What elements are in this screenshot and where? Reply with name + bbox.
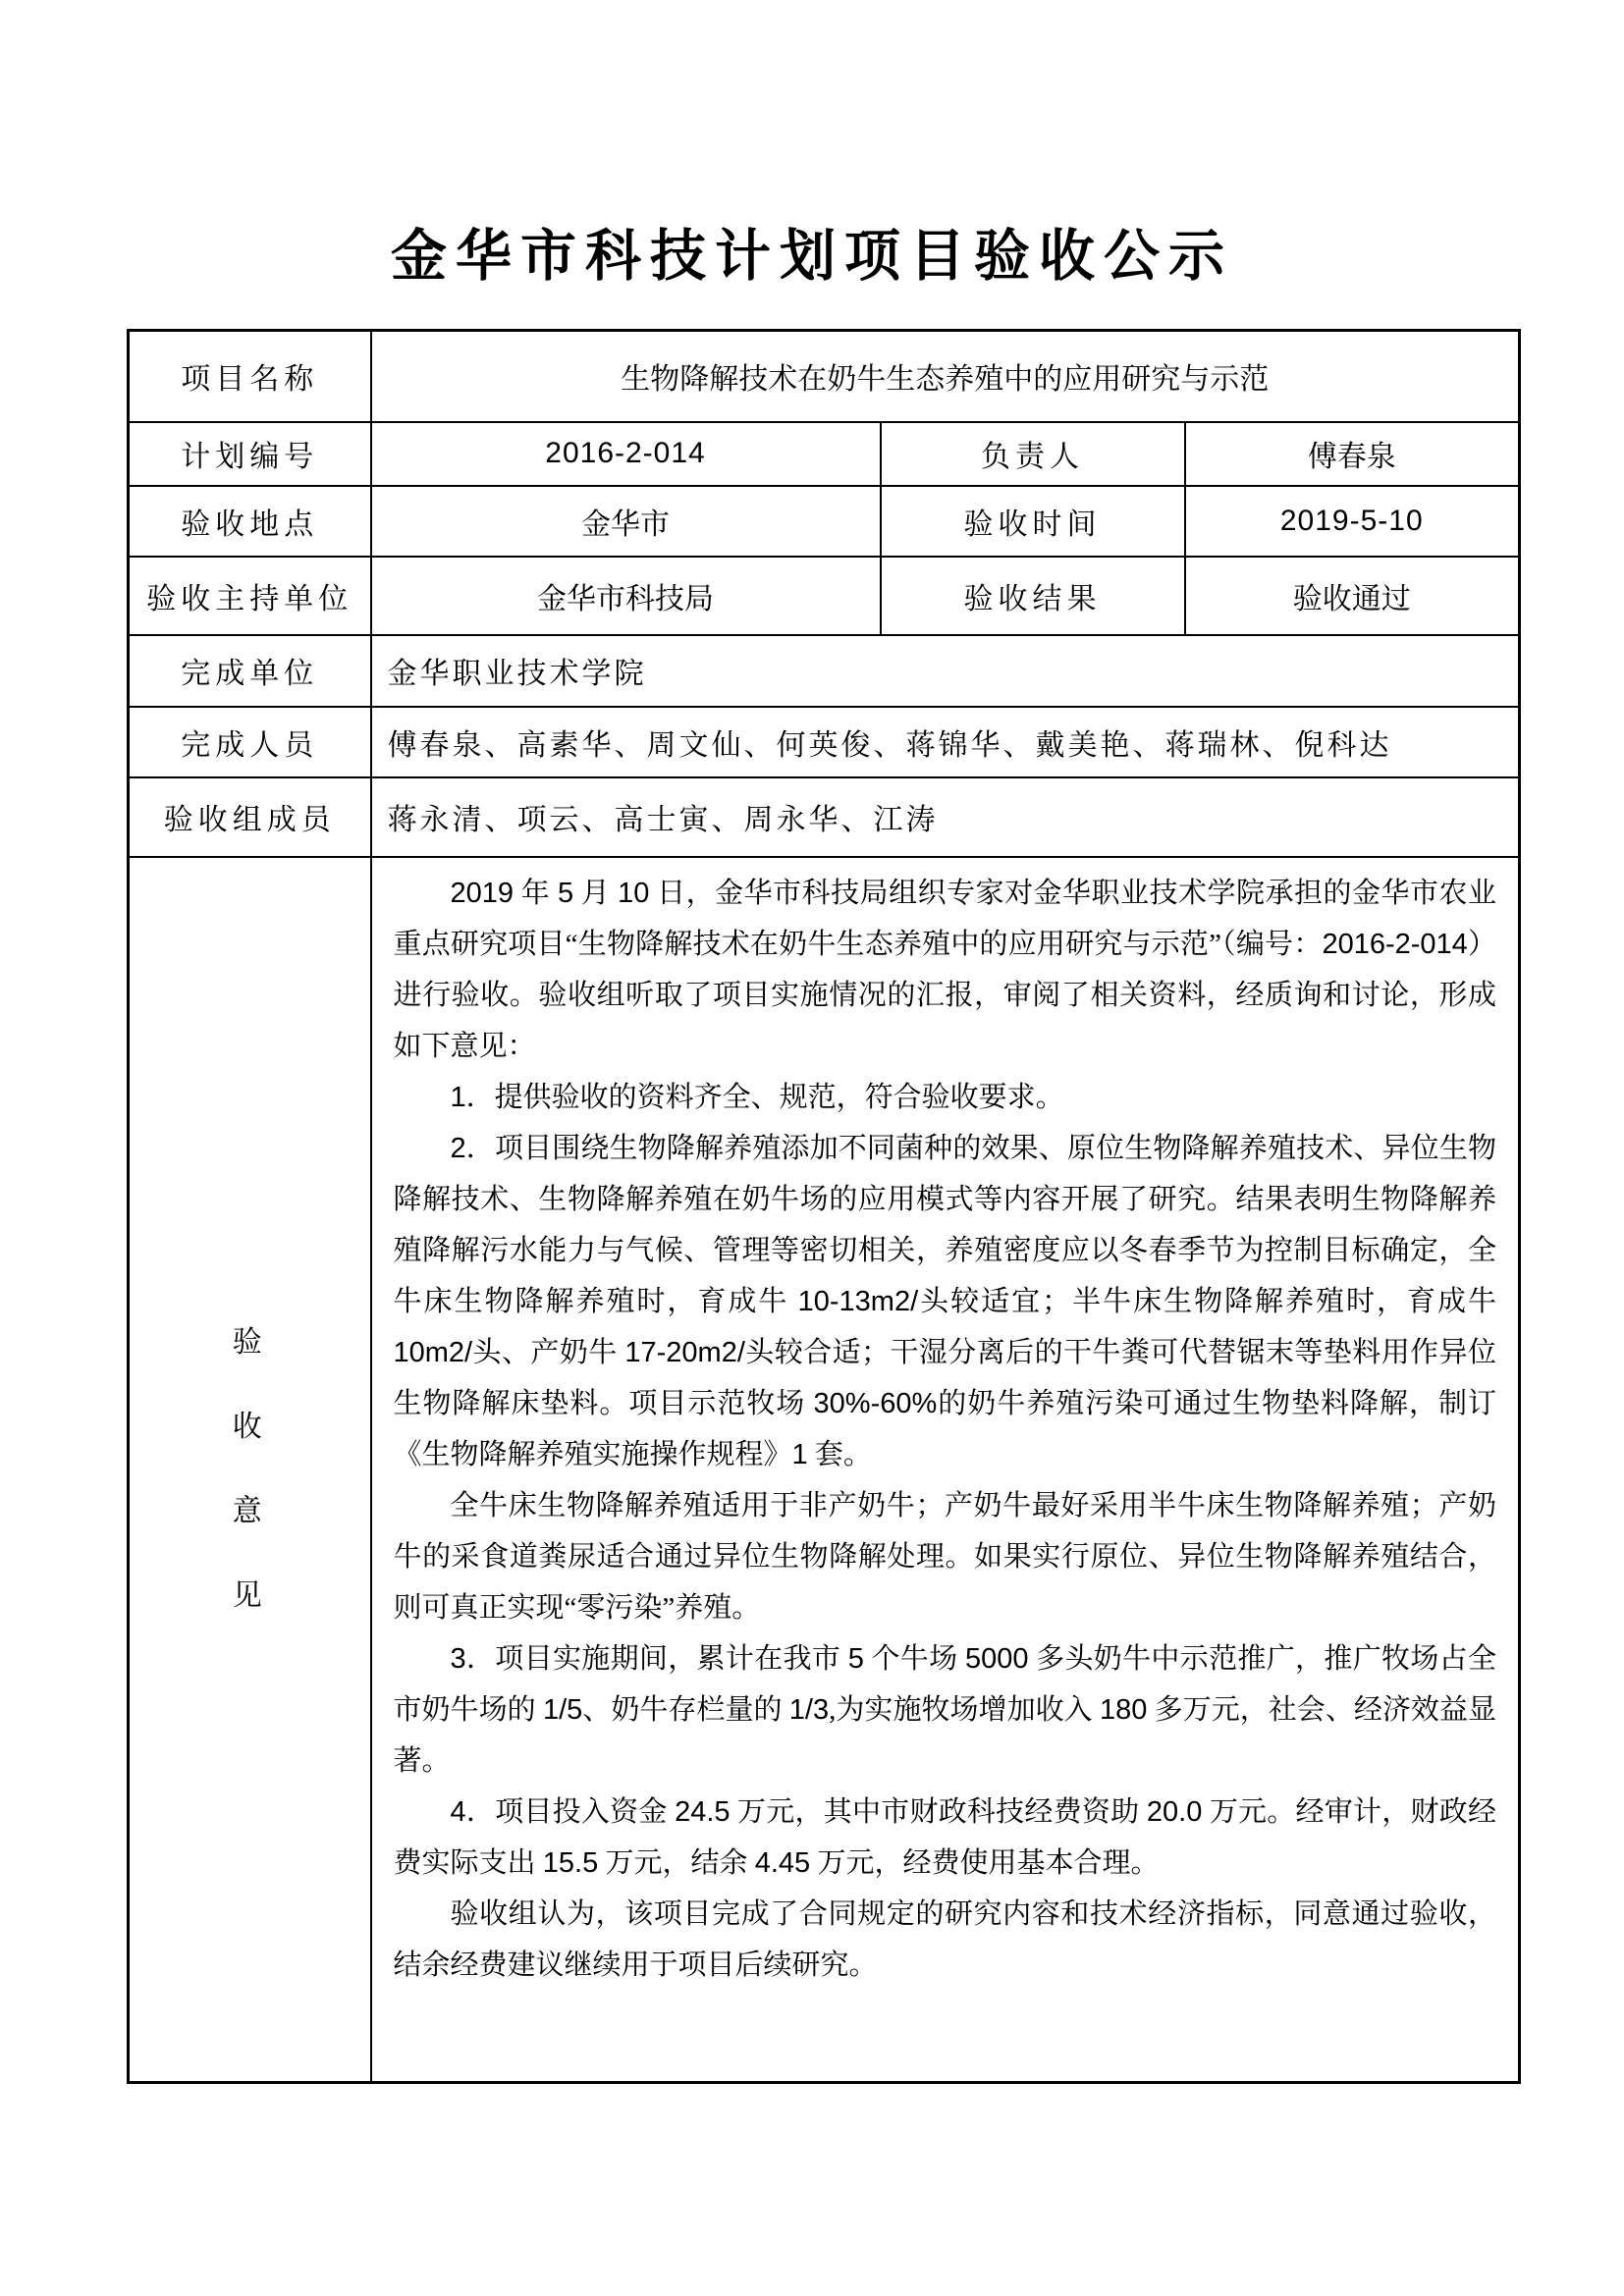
- opinion-paragraph: 2．项目围绕生物降解养殖添加不同菌种的效果、原位生物降解养殖技术、异位生物降解技…: [394, 1123, 1497, 1480]
- acceptance-time-value: 2019-5-10: [1185, 486, 1520, 557]
- acceptance-opinion-cell: 2019 年 5 月 10 日，金华市科技局组织专家对金华职业技术学院承担的金华…: [371, 857, 1520, 2083]
- row-label-host-unit: 验收主持单位: [129, 557, 371, 635]
- opinion-label-char: 意: [233, 1497, 267, 1526]
- table-row: 验收主持单位 金华市科技局 验收结果 验收通过: [129, 557, 1520, 635]
- row-label-leader: 负责人: [881, 422, 1185, 486]
- acceptance-table: 项目名称 生物降解技术在奶牛生态养殖中的应用研究与示范 计划编号 2016-2-…: [127, 329, 1521, 2084]
- plan-number-value: 2016-2-014: [371, 422, 881, 486]
- row-label-plan-number: 计划编号: [129, 422, 371, 486]
- leader-value: 傅春泉: [1185, 422, 1520, 486]
- opinion-paragraph: 4．项目投入资金 24.5 万元，其中市财政科技经费资助 20.0 万元。经审计…: [394, 1787, 1497, 1889]
- row-label-completion-unit: 完成单位: [129, 635, 371, 707]
- completion-unit-value: 金华职业技术学院: [371, 635, 1520, 707]
- row-label-acceptance-group: 验收组成员: [129, 777, 371, 857]
- table-row: 完成单位 金华职业技术学院: [129, 635, 1520, 707]
- opinion-paragraph: 3．项目实施期间，累计在我市 5 个牛场 5000 多头奶牛中示范推广，推广牧场…: [394, 1633, 1497, 1787]
- opinion-paragraph: 全牛床生物降解养殖适用于非产奶牛；产奶牛最好采用半牛床生物降解养殖；产奶牛的采食…: [394, 1480, 1497, 1633]
- opinion-label-char: 验: [233, 1328, 267, 1358]
- row-label-completion-staff: 完成人员: [129, 707, 371, 777]
- opinion-paragraph: 验收组认为，该项目完成了合同规定的研究内容和技术经济指标，同意通过验收，结余经费…: [394, 1889, 1497, 1991]
- opinion-label-char: 见: [233, 1581, 267, 1611]
- host-unit-value: 金华市科技局: [371, 557, 881, 635]
- opinion-label-char: 收: [233, 1413, 267, 1442]
- table-row: 完成人员 傅春泉、高素华、周文仙、何英俊、蒋锦华、戴美艳、蒋瑞林、倪科达: [129, 707, 1520, 777]
- acceptance-place-value: 金华市: [371, 486, 881, 557]
- completion-staff-value: 傅春泉、高素华、周文仙、何英俊、蒋锦华、戴美艳、蒋瑞林、倪科达: [371, 707, 1520, 777]
- page-title: 金华市科技计划项目验收公示: [0, 224, 1624, 291]
- table-row: 项目名称 生物降解技术在奶牛生态养殖中的应用研究与示范: [129, 331, 1520, 422]
- row-label-acceptance-time: 验收时间: [881, 486, 1185, 557]
- acceptance-group-value: 蒋永清、项云、高士寅、周永华、江涛: [371, 777, 1520, 857]
- table-row: 验收地点 金华市 验收时间 2019-5-10: [129, 486, 1520, 557]
- table-row: 计划编号 2016-2-014 负责人 傅春泉: [129, 422, 1520, 486]
- row-label-acceptance-place: 验收地点: [129, 486, 371, 557]
- table-row: 验收组成员 蒋永清、项云、高士寅、周永华、江涛: [129, 777, 1520, 857]
- row-label-acceptance-result: 验收结果: [881, 557, 1185, 635]
- table-row: 验 收 意 见 2019 年 5 月 10 日，金华市科技局组织专家对金华职业技…: [129, 857, 1520, 2083]
- acceptance-result-value: 验收通过: [1185, 557, 1520, 635]
- project-name-value: 生物降解技术在奶牛生态养殖中的应用研究与示范: [371, 331, 1520, 422]
- row-label-project-name: 项目名称: [129, 331, 371, 422]
- opinion-paragraph: 2019 年 5 月 10 日，金华市科技局组织专家对金华职业技术学院承担的金华…: [394, 868, 1497, 1072]
- document-page: 金华市科技计划项目验收公示 项目名称 生物降解技术在奶牛生态养殖中的应用研究与示…: [0, 0, 1624, 2296]
- acceptance-opinion-vertical-label: 验 收 意 见: [130, 861, 370, 2078]
- opinion-paragraph: 1．提供验收的资料齐全、规范，符合验收要求。: [394, 1072, 1497, 1123]
- row-label-acceptance-opinion: 验 收 意 见: [129, 857, 371, 2083]
